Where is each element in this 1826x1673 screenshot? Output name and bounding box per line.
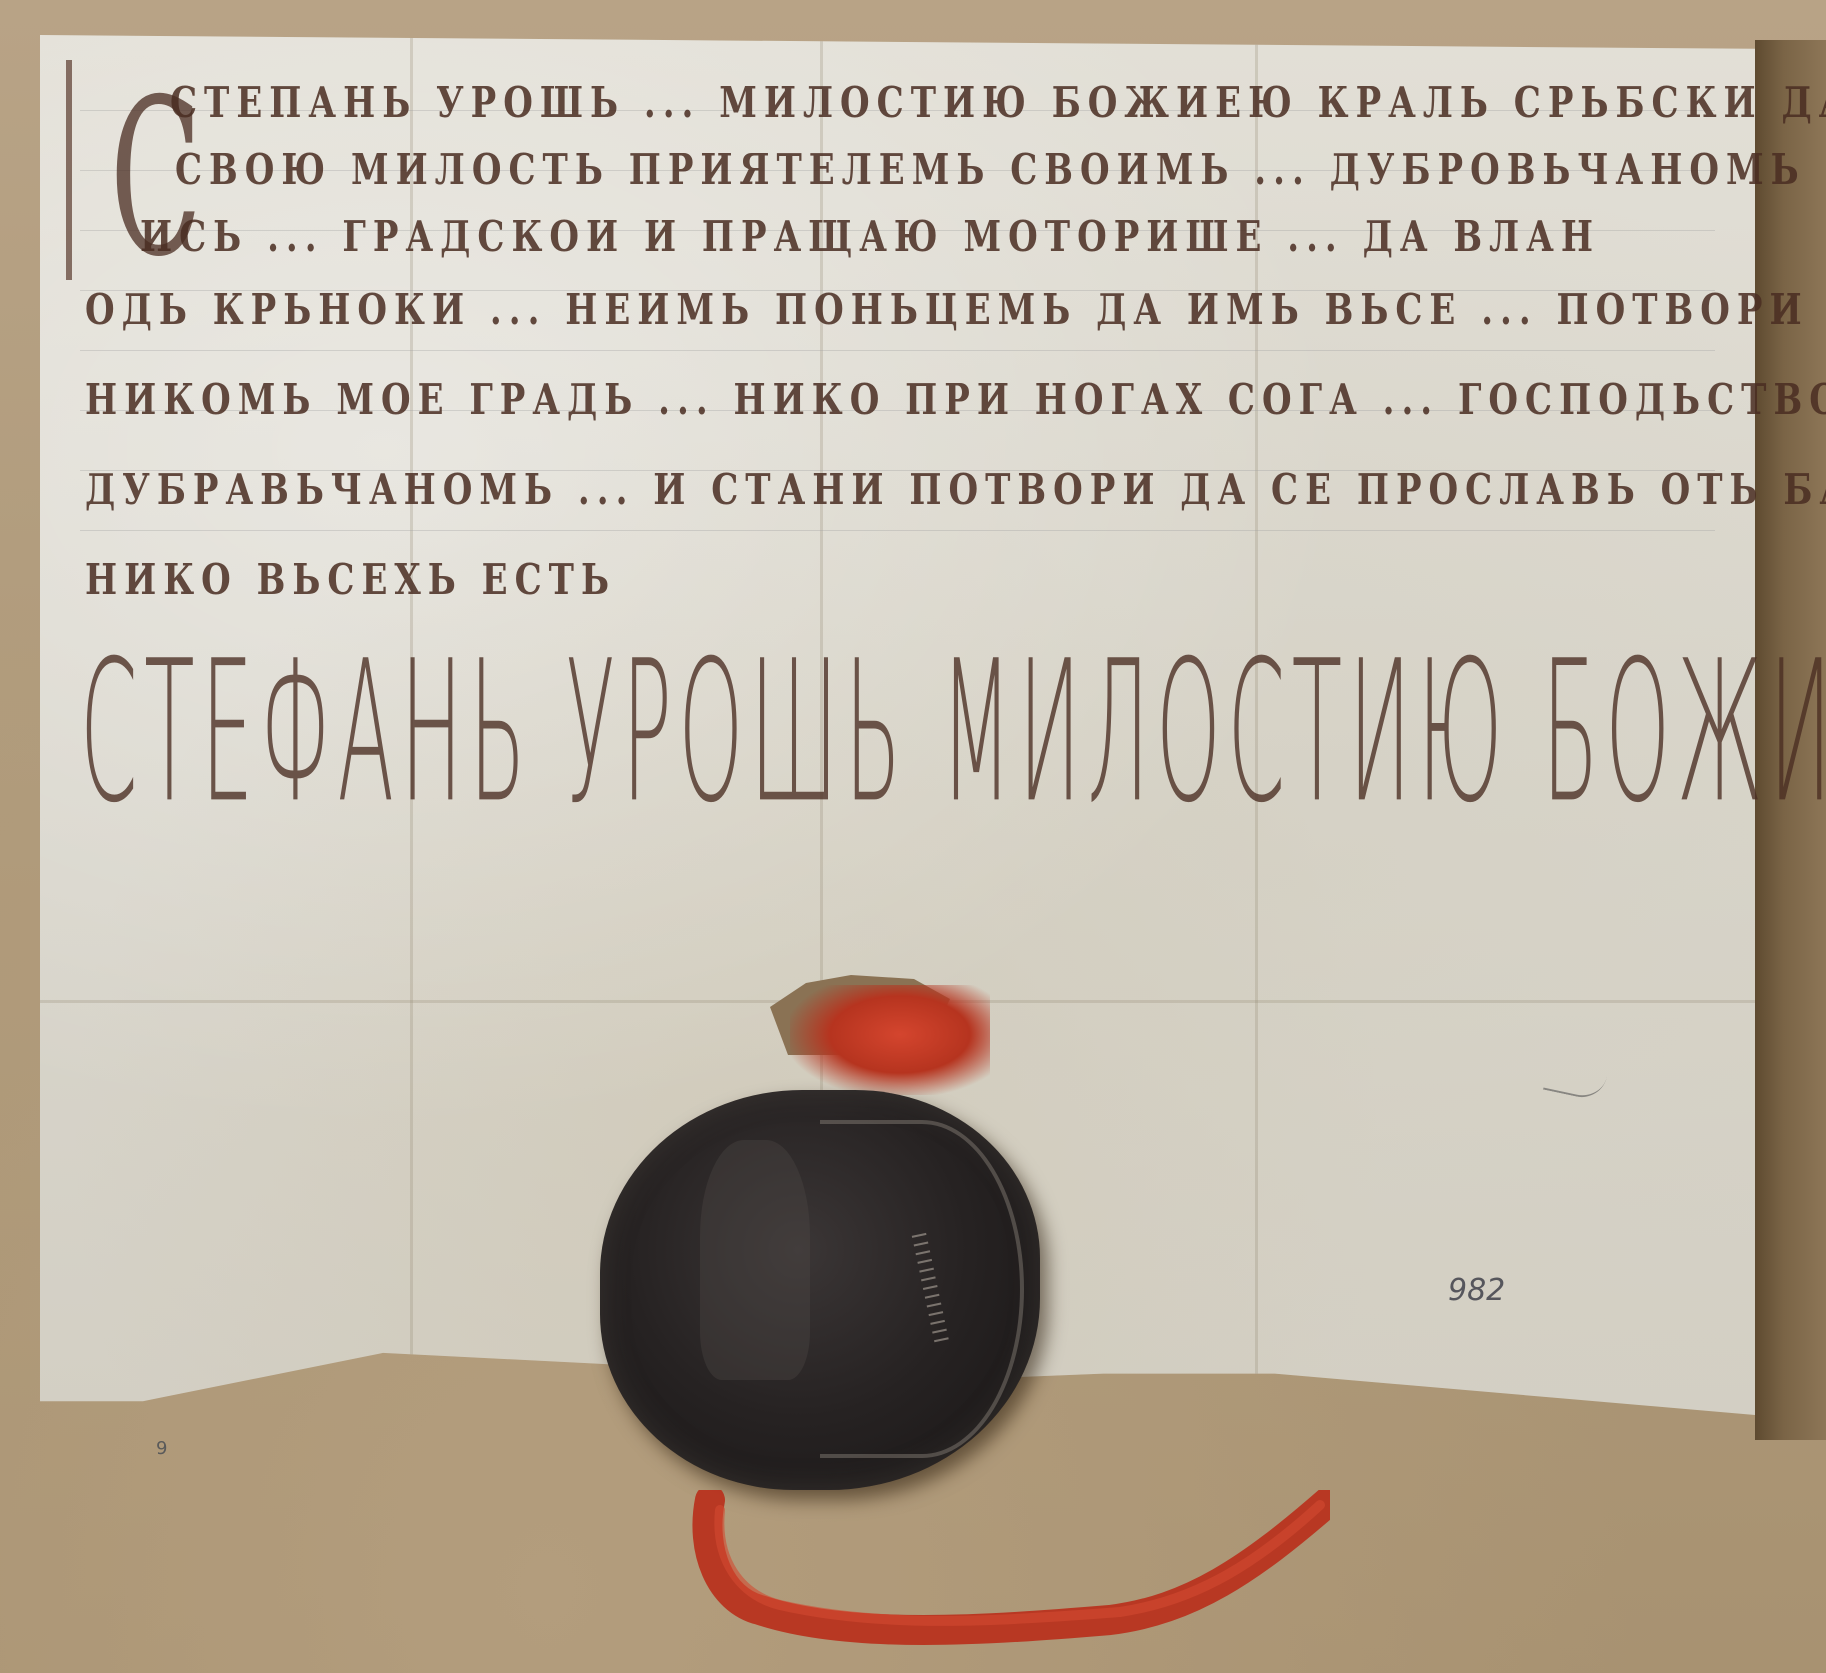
royal-signature: СТЕФАНЬ УРОШЬ МИЛОСТИЮ БОЖИЕЮ КРАЛЬ СРЬБ… bbox=[80, 620, 1826, 846]
text-line-7: НИКО ВЬСЕХЬ ЕСТЬ bbox=[85, 555, 616, 605]
seal-figure-relief bbox=[700, 1140, 810, 1380]
red-thread-loop bbox=[790, 985, 990, 1095]
corner-mark: 9 bbox=[156, 1438, 167, 1459]
text-line-1: СТЕПАНЬ УРОШЬ ... МИЛОСТИЮ БОЖИЕЮ КРАЛЬ … bbox=[170, 78, 1826, 128]
cross-symbol bbox=[66, 60, 72, 280]
ruled-line bbox=[80, 350, 1715, 351]
text-line-2: СВОЮ МИЛОСТЬ ПРИЯТЕЛЕМЬ СВОИМЬ ... ДУБРО… bbox=[175, 145, 1806, 195]
archive-number: 982 bbox=[1448, 1273, 1505, 1308]
ruled-line bbox=[80, 530, 1715, 531]
text-line-5: НИКОМЬ МОЕ ГРАДЬ ... НИКО ПРИ НОГАХ СОГА… bbox=[85, 375, 1826, 425]
text-line-6: ДУБРАВЬЧАНОМЬ ... И СТАНИ ПОТВОРИ ДА СЕ … bbox=[85, 465, 1826, 515]
text-line-3: ИСЬ ... ГРАДСКОИ И ПРАЩАЮ МОТОРИШЕ ... Д… bbox=[140, 212, 1600, 262]
red-thread-tail bbox=[690, 1490, 1330, 1650]
text-line-4: ОДЬ КРЬНОКИ ... НЕИМЬ ПОНЬЦЕМЬ ДА ИМЬ ВЬ… bbox=[85, 285, 1809, 335]
